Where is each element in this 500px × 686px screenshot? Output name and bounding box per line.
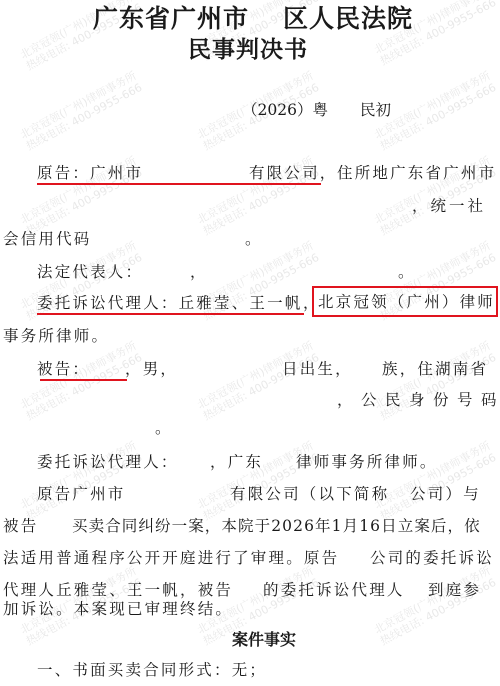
plaintiff-agent-firm: 北京冠领（广州）律师 bbox=[318, 292, 495, 312]
defendant-underline bbox=[40, 379, 127, 381]
plaintiff-agent-label: 委托诉讼代理人：丘雅莹、王一帆 bbox=[37, 293, 303, 313]
defendant-label: 被告： bbox=[37, 359, 90, 379]
defendant-id-label: ，公民身份号码 bbox=[337, 390, 500, 410]
plaintiff-address: 住所地广东省广州市 bbox=[337, 163, 496, 183]
credit-code-prefix: ，统一社 bbox=[412, 196, 486, 216]
plaintiff-company-suffix: 有限公司， bbox=[249, 163, 338, 183]
case-number-suffix: 民初 bbox=[360, 100, 391, 120]
court-name-part2: 区人民法院 bbox=[283, 4, 413, 34]
watermark: 北京冠领(广州)律师事务所热线电话: 400-9955-666 bbox=[372, 564, 499, 648]
document-title: 民事判决书 bbox=[188, 36, 308, 64]
watermark: 北京冠领(广州)律师事务所热线电话: 400-9955-666 bbox=[18, 339, 145, 423]
defendant-gender: ，男， bbox=[125, 359, 178, 379]
defendant-agent-label: 委托诉讼代理人： bbox=[37, 452, 179, 472]
plaintiff-label: 原告：广州市 bbox=[37, 163, 143, 183]
body-line1-a: 原告广州市 bbox=[37, 484, 126, 504]
plaintiff-underline bbox=[37, 183, 321, 185]
legal-rep-comma: ， bbox=[190, 262, 206, 282]
body-line4-b: 的委托诉讼代理人 bbox=[263, 580, 405, 600]
defendant-birth: 日出生， bbox=[282, 359, 353, 379]
case-number-year: （2026）粤 bbox=[242, 100, 328, 120]
facts-heading: 案件事实 bbox=[232, 630, 296, 650]
legal-rep-label: 法定代表人： bbox=[37, 262, 143, 282]
watermark: 北京冠领(广州)律师事务所热线电话: 400-9955-666 bbox=[195, 339, 322, 423]
body-line5: 加诉讼。本案现已审理终结。 bbox=[3, 599, 233, 619]
body-line4-c: 到庭参 bbox=[428, 580, 481, 600]
body-line2-b: 买卖合同纠纷一案，本院于2026年1月16日立案后，依 bbox=[72, 516, 481, 536]
defendant-ethnicity: 族，住湖南省 bbox=[382, 359, 488, 379]
body-line2-a: 被告 bbox=[3, 516, 38, 536]
plaintiff-agent-underline bbox=[37, 313, 304, 315]
defendant-agent-firm-rest: 律师事务所律师。 bbox=[296, 452, 438, 472]
body-line1-c: 公司）与 bbox=[410, 484, 481, 504]
legal-rep-end: 。 bbox=[398, 262, 414, 282]
credit-code-label: 会信用代码 bbox=[3, 229, 92, 249]
watermark: 北京冠领(广州)律师事务所热线电话: 400-9955-666 bbox=[372, 339, 499, 423]
plaintiff-agent-firm-rest: 事务所律师。 bbox=[3, 326, 109, 346]
watermark: 北京冠领(广州)律师事务所热线电话: 400-9955-666 bbox=[18, 69, 145, 153]
facts-item-1: 一、书面买卖合同形式：无； bbox=[37, 660, 267, 680]
body-line3-b: 公司的委托诉讼 bbox=[370, 548, 494, 568]
body-line3-a: 法适用普通程序公开开庭进行了审理。原告 bbox=[3, 548, 339, 568]
credit-code-end: 。 bbox=[245, 229, 261, 249]
defendant-id-end: 。 bbox=[155, 418, 171, 438]
defendant-agent-firm: ，广东 bbox=[210, 452, 263, 472]
court-name-part1: 广东省广州市 bbox=[93, 4, 249, 34]
body-line4-a: 代理人丘雅莹、王一帆，被告 bbox=[3, 580, 233, 600]
body-line1-b: 有限公司（以下简称 bbox=[230, 484, 389, 504]
